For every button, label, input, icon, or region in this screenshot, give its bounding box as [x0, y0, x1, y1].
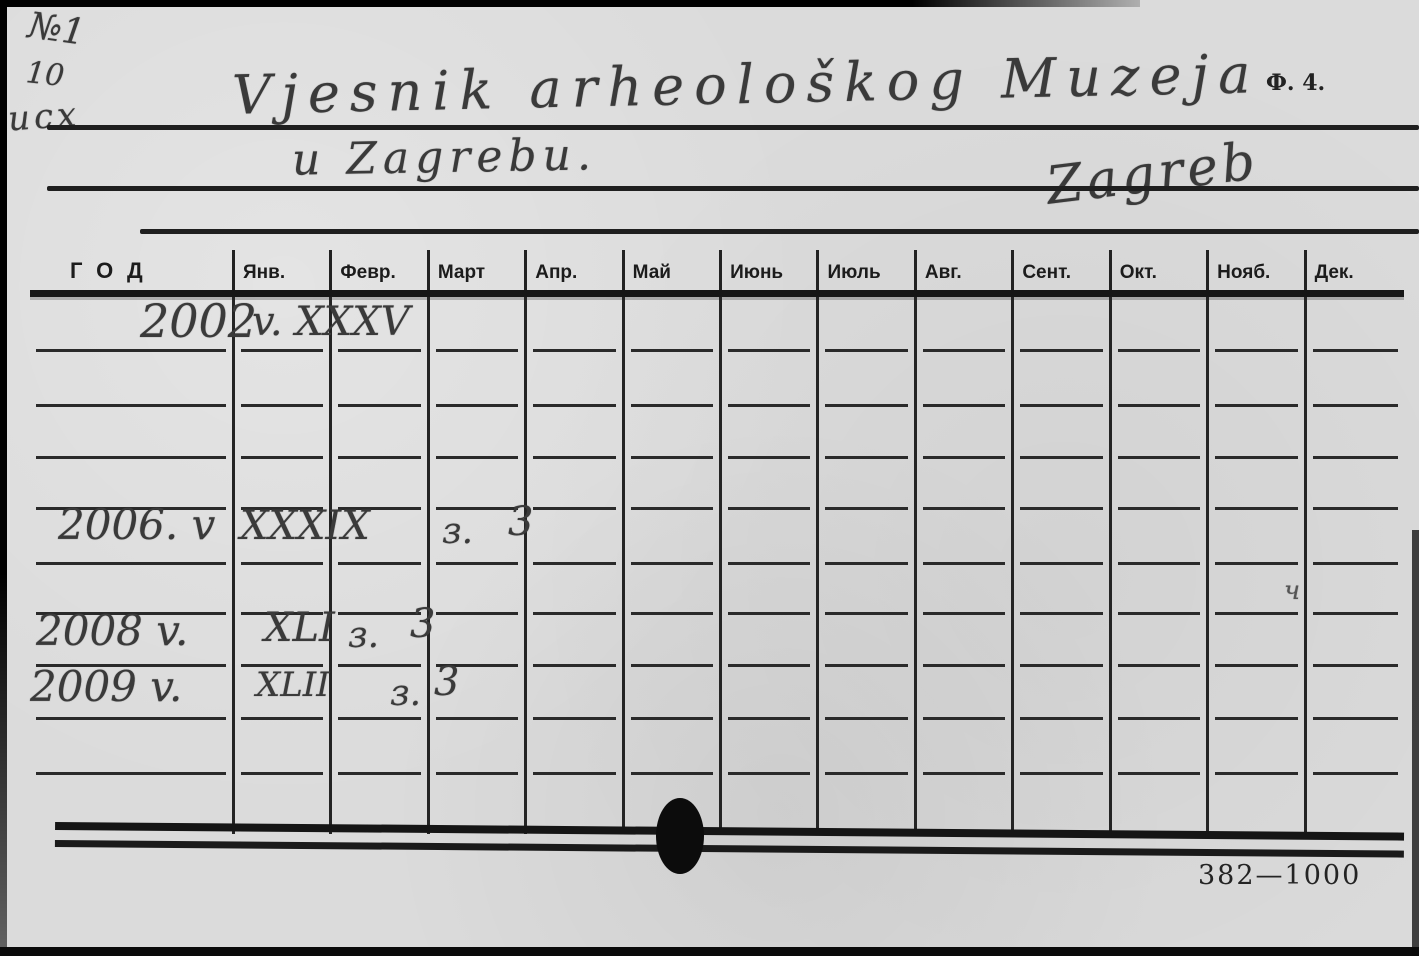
table-cell — [332, 720, 429, 775]
header-jul: Июль — [819, 250, 916, 290]
print-run-code: 382—1000 — [1198, 860, 1361, 891]
table-row — [30, 667, 1404, 720]
table-cell — [527, 720, 624, 775]
table-cell — [917, 615, 1014, 667]
table-cell — [819, 352, 916, 407]
ruled-line-3 — [140, 229, 1419, 234]
header-mar: Март — [430, 250, 527, 290]
table-cell — [1014, 667, 1111, 720]
table-cell — [917, 352, 1014, 407]
entry-2002-year: 2002 — [140, 298, 257, 344]
header-jan: Янв. — [235, 250, 332, 290]
table-cell — [819, 775, 916, 834]
header-oct: Окт. — [1112, 250, 1209, 290]
table-cell — [917, 775, 1014, 834]
table-cell — [1307, 459, 1404, 510]
scan-edge-top — [0, 0, 1140, 7]
table-cell — [1209, 667, 1306, 720]
ruled-line-2 — [47, 186, 1419, 191]
table-cell — [1014, 720, 1111, 775]
table-cell — [1014, 407, 1111, 459]
entry-2006-issue-label: з. — [442, 514, 473, 550]
scanned-catalog-card: №1 10 исх Vjesnik arheološkog Muzeja Ф. … — [0, 0, 1419, 956]
table-cell — [1307, 615, 1404, 667]
table-cell — [1112, 407, 1209, 459]
table-cell — [30, 720, 235, 775]
margin-note-number: №1 — [26, 8, 87, 52]
table-row — [30, 352, 1404, 407]
table-cell — [819, 297, 916, 352]
entry-2006-issue-number: 3 — [508, 502, 533, 542]
table-cell — [1014, 565, 1111, 615]
table-cell — [1112, 510, 1209, 565]
table-cell — [1307, 510, 1404, 565]
table-cell — [917, 510, 1014, 565]
table-cell — [1014, 352, 1111, 407]
margin-note-scribble: исх — [7, 98, 81, 137]
table-cell — [917, 407, 1014, 459]
entry-2009-issue-number: 3 — [434, 662, 459, 702]
table-cell — [917, 565, 1014, 615]
journal-title: Vjesnik arheološkog Muzeja — [232, 47, 1261, 123]
table-row — [30, 615, 1404, 667]
table-cell — [722, 720, 819, 775]
table-cell — [1209, 459, 1306, 510]
table-cell — [527, 407, 624, 459]
table-cell — [527, 615, 624, 667]
table-cell — [527, 667, 624, 720]
table-row — [30, 565, 1404, 615]
table-cell — [625, 459, 722, 510]
scan-edge-bottom — [0, 947, 1419, 956]
table-cell — [1209, 297, 1306, 352]
table-cell — [1307, 667, 1404, 720]
form-code-label: Ф. 4. — [1266, 70, 1325, 96]
table-cell — [527, 352, 624, 407]
entry-2008-volume: XLI — [264, 608, 335, 648]
table-cell — [625, 615, 722, 667]
table-cell — [1112, 565, 1209, 615]
table-row — [30, 510, 1404, 565]
table-cell — [1209, 720, 1306, 775]
table-cell — [1307, 297, 1404, 352]
table-cell — [917, 720, 1014, 775]
journal-title-place: u Zagrebu. — [292, 133, 598, 182]
punch-hole — [656, 798, 704, 874]
table-cell — [722, 510, 819, 565]
entry-2009-year: 2009 v. — [30, 666, 182, 708]
table-cell — [1209, 510, 1306, 565]
table-cell — [235, 352, 332, 407]
table-cell — [722, 352, 819, 407]
place-note: Zagreb — [1044, 135, 1262, 213]
table-cell — [527, 297, 624, 352]
table-cell — [819, 615, 916, 667]
table-cell — [527, 510, 624, 565]
table-cell — [722, 459, 819, 510]
table-cell — [1014, 459, 1111, 510]
table-cell — [819, 510, 916, 565]
header-may: Май — [625, 250, 722, 290]
entry-2006-volume: XXXIX — [240, 506, 370, 546]
table-cell — [819, 459, 916, 510]
table-cell — [430, 720, 527, 775]
table-cell — [1307, 775, 1404, 834]
table-cell — [1112, 459, 1209, 510]
table-cell — [625, 352, 722, 407]
table-cell — [1209, 352, 1306, 407]
header-nov: Нояб. — [1209, 250, 1306, 290]
table-cell — [819, 565, 916, 615]
table-cell — [527, 565, 624, 615]
table-cell — [1307, 352, 1404, 407]
margin-note-ten: 10 — [25, 58, 66, 92]
table-cell — [1307, 407, 1404, 459]
table-cell — [1112, 297, 1209, 352]
table-cell — [722, 297, 819, 352]
header-aug: Авг. — [917, 250, 1014, 290]
ruled-line-1 — [47, 125, 1419, 130]
table-cell — [625, 510, 722, 565]
entry-2008-issue-number: 3 — [410, 604, 435, 644]
header-year: ГОД — [30, 250, 235, 290]
table-cell — [1307, 720, 1404, 775]
table-cell — [30, 352, 235, 407]
entry-2008-year: 2008 v. — [36, 610, 188, 652]
table-cell — [625, 407, 722, 459]
table-cell — [1112, 352, 1209, 407]
header-sep: Сент. — [1014, 250, 1111, 290]
table-cell — [527, 459, 624, 510]
table-cell — [1112, 720, 1209, 775]
table-header-row: ГОД Янв. Февр. Март Апр. Май Июнь Июль А… — [30, 250, 1404, 297]
stray-tick-mark: ч — [1284, 578, 1300, 604]
table-cell — [722, 667, 819, 720]
entry-2009-issue-label: з. — [390, 676, 421, 712]
header-dec: Дек. — [1307, 250, 1404, 290]
table-cell — [625, 565, 722, 615]
table-cell — [30, 407, 235, 459]
table-cell — [625, 667, 722, 720]
table-cell — [1209, 775, 1306, 834]
scan-edge-right — [1412, 530, 1419, 956]
table-cell — [1209, 615, 1306, 667]
table-cell — [917, 667, 1014, 720]
table-cell — [819, 720, 916, 775]
table-cell — [1014, 615, 1111, 667]
table-cell — [332, 407, 429, 459]
table-cell — [1112, 615, 1209, 667]
table-cell — [819, 407, 916, 459]
table-cell — [1307, 565, 1404, 615]
table-cell — [332, 352, 429, 407]
table-body — [30, 297, 1404, 834]
table-cell — [430, 352, 527, 407]
table-cell — [1014, 297, 1111, 352]
table-cell — [722, 407, 819, 459]
entry-2006-year: 2006. v — [58, 504, 215, 546]
table-cell — [1112, 775, 1209, 834]
header-feb: Февр. — [332, 250, 429, 290]
entry-2009-volume: XLII — [256, 668, 330, 702]
table-cell — [917, 297, 1014, 352]
table-cell — [1014, 775, 1111, 834]
table-cell — [235, 407, 332, 459]
table-cell — [819, 667, 916, 720]
table-cell — [917, 459, 1014, 510]
entry-2008-issue-label: з. — [348, 618, 379, 654]
table-cell — [625, 297, 722, 352]
entry-2002-volume: v. XXXV — [252, 302, 410, 342]
table-cell — [722, 615, 819, 667]
table-cell — [1014, 510, 1111, 565]
table-cell — [722, 775, 819, 834]
table-cell — [430, 565, 527, 615]
table-cell — [1209, 407, 1306, 459]
table-cell — [625, 720, 722, 775]
table-cell — [1112, 667, 1209, 720]
table-row — [30, 407, 1404, 459]
table-row — [30, 720, 1404, 775]
table-row — [30, 459, 1404, 510]
scan-edge-left — [0, 0, 7, 956]
header-apr: Апр. — [527, 250, 624, 290]
table-cell — [430, 407, 527, 459]
table-cell — [235, 720, 332, 775]
table-cell — [430, 297, 527, 352]
header-jun: Июнь — [722, 250, 819, 290]
table-cell — [722, 565, 819, 615]
